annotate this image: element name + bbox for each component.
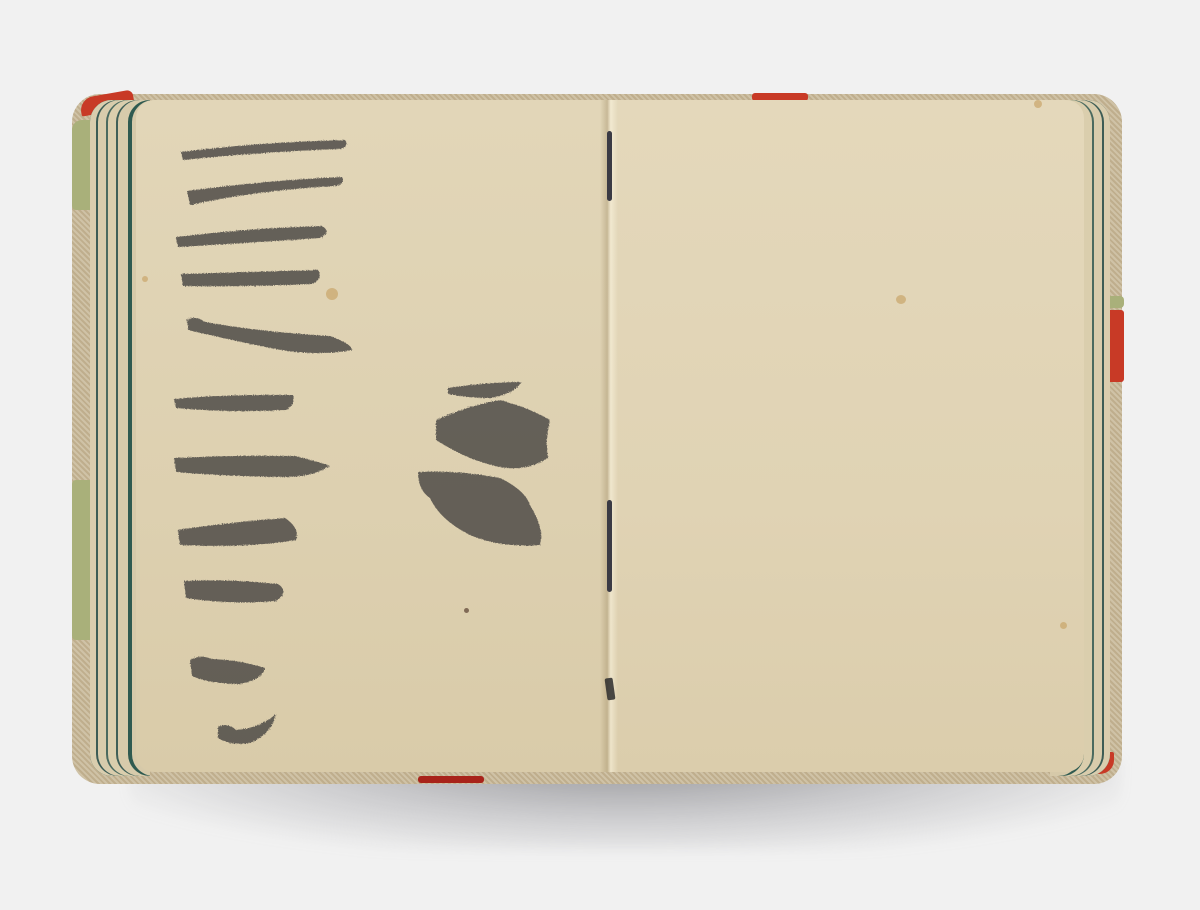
brush-stroke [174,395,294,411]
brush-cluster [436,400,550,468]
brush-stroke [178,518,297,546]
brush-stroke [181,270,320,286]
brush-stroke [218,714,276,744]
brush-stroke [176,226,327,247]
brush-stroke [187,177,343,205]
brush-stroke [174,456,330,477]
sketchbook-photo [0,0,1200,910]
brush-stroke [190,657,265,684]
brush-stroke [187,318,352,353]
brush-stroke [181,140,347,160]
brush-cluster [448,382,522,398]
brush-cluster [418,472,541,546]
ink-brush-strokes [0,0,1200,910]
brush-stroke [184,580,284,602]
